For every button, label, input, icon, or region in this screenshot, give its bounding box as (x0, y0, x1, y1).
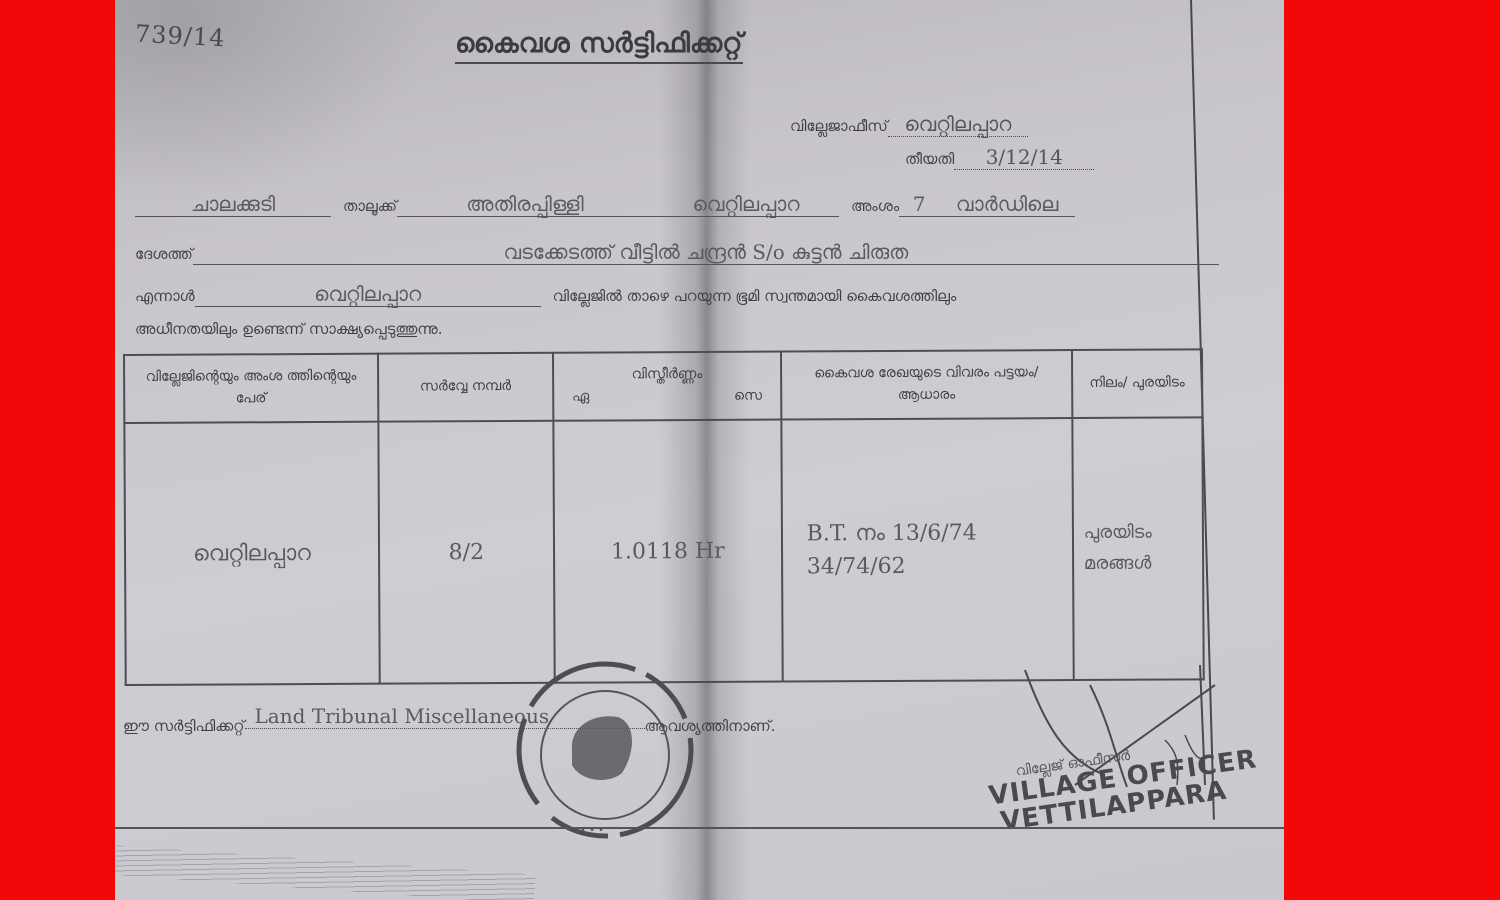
header-extent-units: ഏ സെ (560, 386, 774, 409)
taluk-value: ചാലക്കുടി (135, 192, 331, 217)
date-value: 3/12/14 (954, 145, 1094, 170)
village-office-value: വെറ്റിലപ്പാറ (888, 112, 1028, 137)
ennal-value: വെറ്റിലപ്പാറ (195, 282, 541, 307)
taluk-label: താലൂക്ക് (343, 197, 397, 215)
certificate-title: കൈവശ സർട്ടിഫിക്കറ്റ് (455, 28, 743, 64)
page-frame: 739/14 കൈവശ സർട്ടിഫിക്കറ്റ് വില്ലേജാഫീസ്… (0, 0, 1500, 900)
purpose-label: ഈ സർട്ടിഫിക്കറ്റ് (123, 717, 245, 735)
header-extent-label: വിസ്തീർണ്ണം (560, 364, 774, 387)
header-land-type: നിലം/ പുരയിടം (1072, 349, 1203, 418)
desam-label: ദേശത്ത് (135, 245, 193, 263)
taluk-line: ചാലക്കുടി താലൂക്ക് അതിരപ്പിള്ളി വെറ്റിലപ… (135, 192, 1075, 217)
date-label: തീയതി (905, 150, 954, 168)
header-possession-record: കൈവശ രേഖയുടെ വിവരം പട്ടയം/ആധാരം (781, 350, 1072, 420)
cell-land-type: പുരയിടം മരങ്ങൾ (1072, 417, 1204, 680)
record-line-2: 34/74/62 (807, 549, 1071, 583)
header-village-name: വില്ലേജിന്റെയും അംശ ത്തിന്റെയും പേര് (124, 354, 378, 423)
village-value: വെറ്റിലപ്പാറ (653, 192, 839, 217)
cell-extent: 1.0118 Hr (553, 420, 782, 683)
land-details-table: വില്ലേജിന്റെയും അംശ ത്തിന്റെയും പേര് സർവ… (123, 348, 1205, 686)
village-clause: വില്ലേജിൽ താഴെ പറയുന്ന ഭൂമി സ്വന്തമായി ക… (553, 287, 957, 305)
official-seal-icon: • • • (510, 655, 700, 845)
ennal-label: എന്നാൾ (135, 287, 195, 305)
header-extent: വിസ്തീർണ്ണം ഏ സെ (553, 352, 781, 421)
land-type-line-1: പുരയിടം (1084, 518, 1201, 549)
ward-value: 7 (899, 192, 939, 217)
land-type-line-2: മരങ്ങൾ (1084, 548, 1201, 579)
bottom-rule (115, 827, 1284, 829)
ennal-line: എന്നാൾ വെറ്റിലപ്പാറ വില്ലേജിൽ താഴെ പറയുന… (135, 282, 956, 307)
cell-possession-record: B.T. നം 13/6/74 34/74/62 (781, 418, 1073, 682)
ward-suffix: വാർഡിലെ (939, 192, 1075, 217)
photocopy-smudge (115, 845, 536, 900)
date-line: തീയതി 3/12/14 (905, 145, 1094, 170)
reference-number: 739/14 (134, 20, 226, 53)
header-extent-acre: ഏ (572, 387, 589, 409)
desam-line: ദേശത്ത് വടക്കേടത്ത് വീട്ടിൽ ചന്ദ്രൻ S/o … (135, 240, 1219, 265)
table-row: വെറ്റിലപ്പാറ 8/2 1.0118 Hr B.T. നം 13/6/… (124, 417, 1203, 685)
resident-value: വടക്കേടത്ത് വീട്ടിൽ ചന്ദ്രൻ S/o കുട്ടൻ ച… (193, 240, 1219, 265)
cell-survey-number: 8/2 (378, 421, 555, 684)
village-office-line: വില്ലേജാഫീസ് വെറ്റിലപ്പാറ (790, 112, 1028, 137)
table-header-row: വില്ലേജിന്റെയും അംശ ത്തിന്റെയും പേര് സർവ… (124, 349, 1202, 423)
village-office-label: വില്ലേജാഫീസ് (790, 117, 888, 135)
record-line-1: B.T. നം 13/6/74 (807, 516, 1071, 550)
ward-label: അംശം (851, 197, 899, 215)
panchayat-value: അതിരപ്പിള്ളി (397, 192, 653, 217)
closing-line: അധീനതയിലും ഉണ്ടെന്ന് സാക്ഷ്യപ്പെടുത്തുന്… (135, 320, 442, 338)
certificate-scan: 739/14 കൈവശ സർട്ടിഫിക്കറ്റ് വില്ലേജാഫീസ്… (115, 0, 1284, 900)
header-extent-cent: സെ (734, 386, 762, 408)
cell-village: വെറ്റിലപ്പാറ (124, 422, 379, 685)
header-survey-number: സർവ്വേ നമ്പർ (378, 353, 553, 422)
